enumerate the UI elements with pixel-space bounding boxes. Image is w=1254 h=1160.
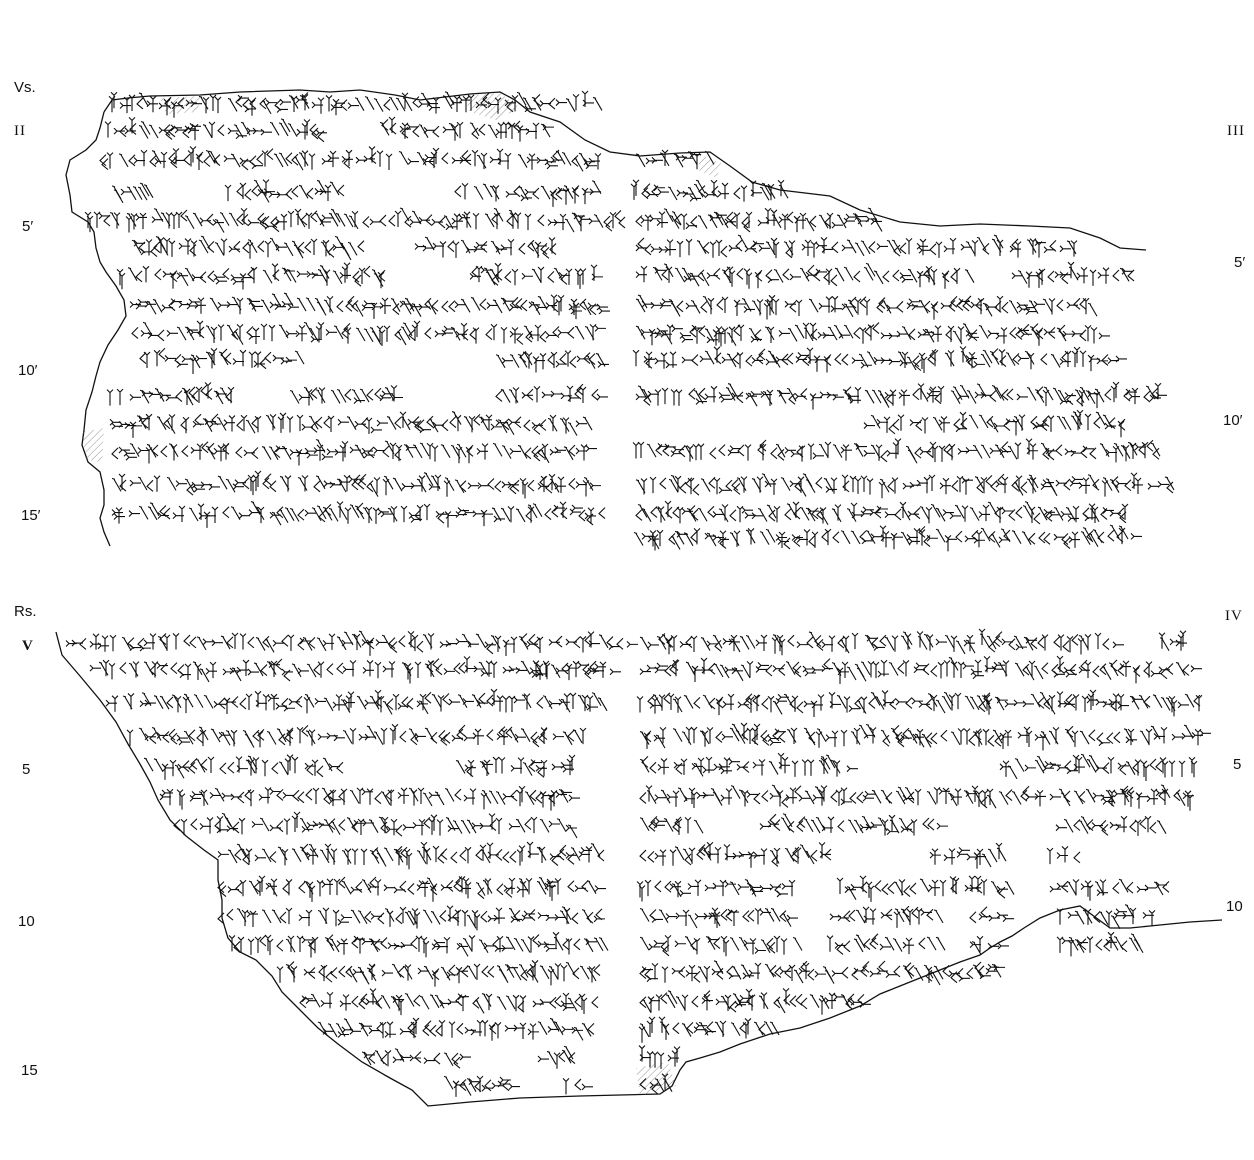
damage-hatch [82, 428, 104, 462]
tablet-drawing [0, 0, 1254, 1160]
cuneiform-text [66, 91, 1211, 1097]
